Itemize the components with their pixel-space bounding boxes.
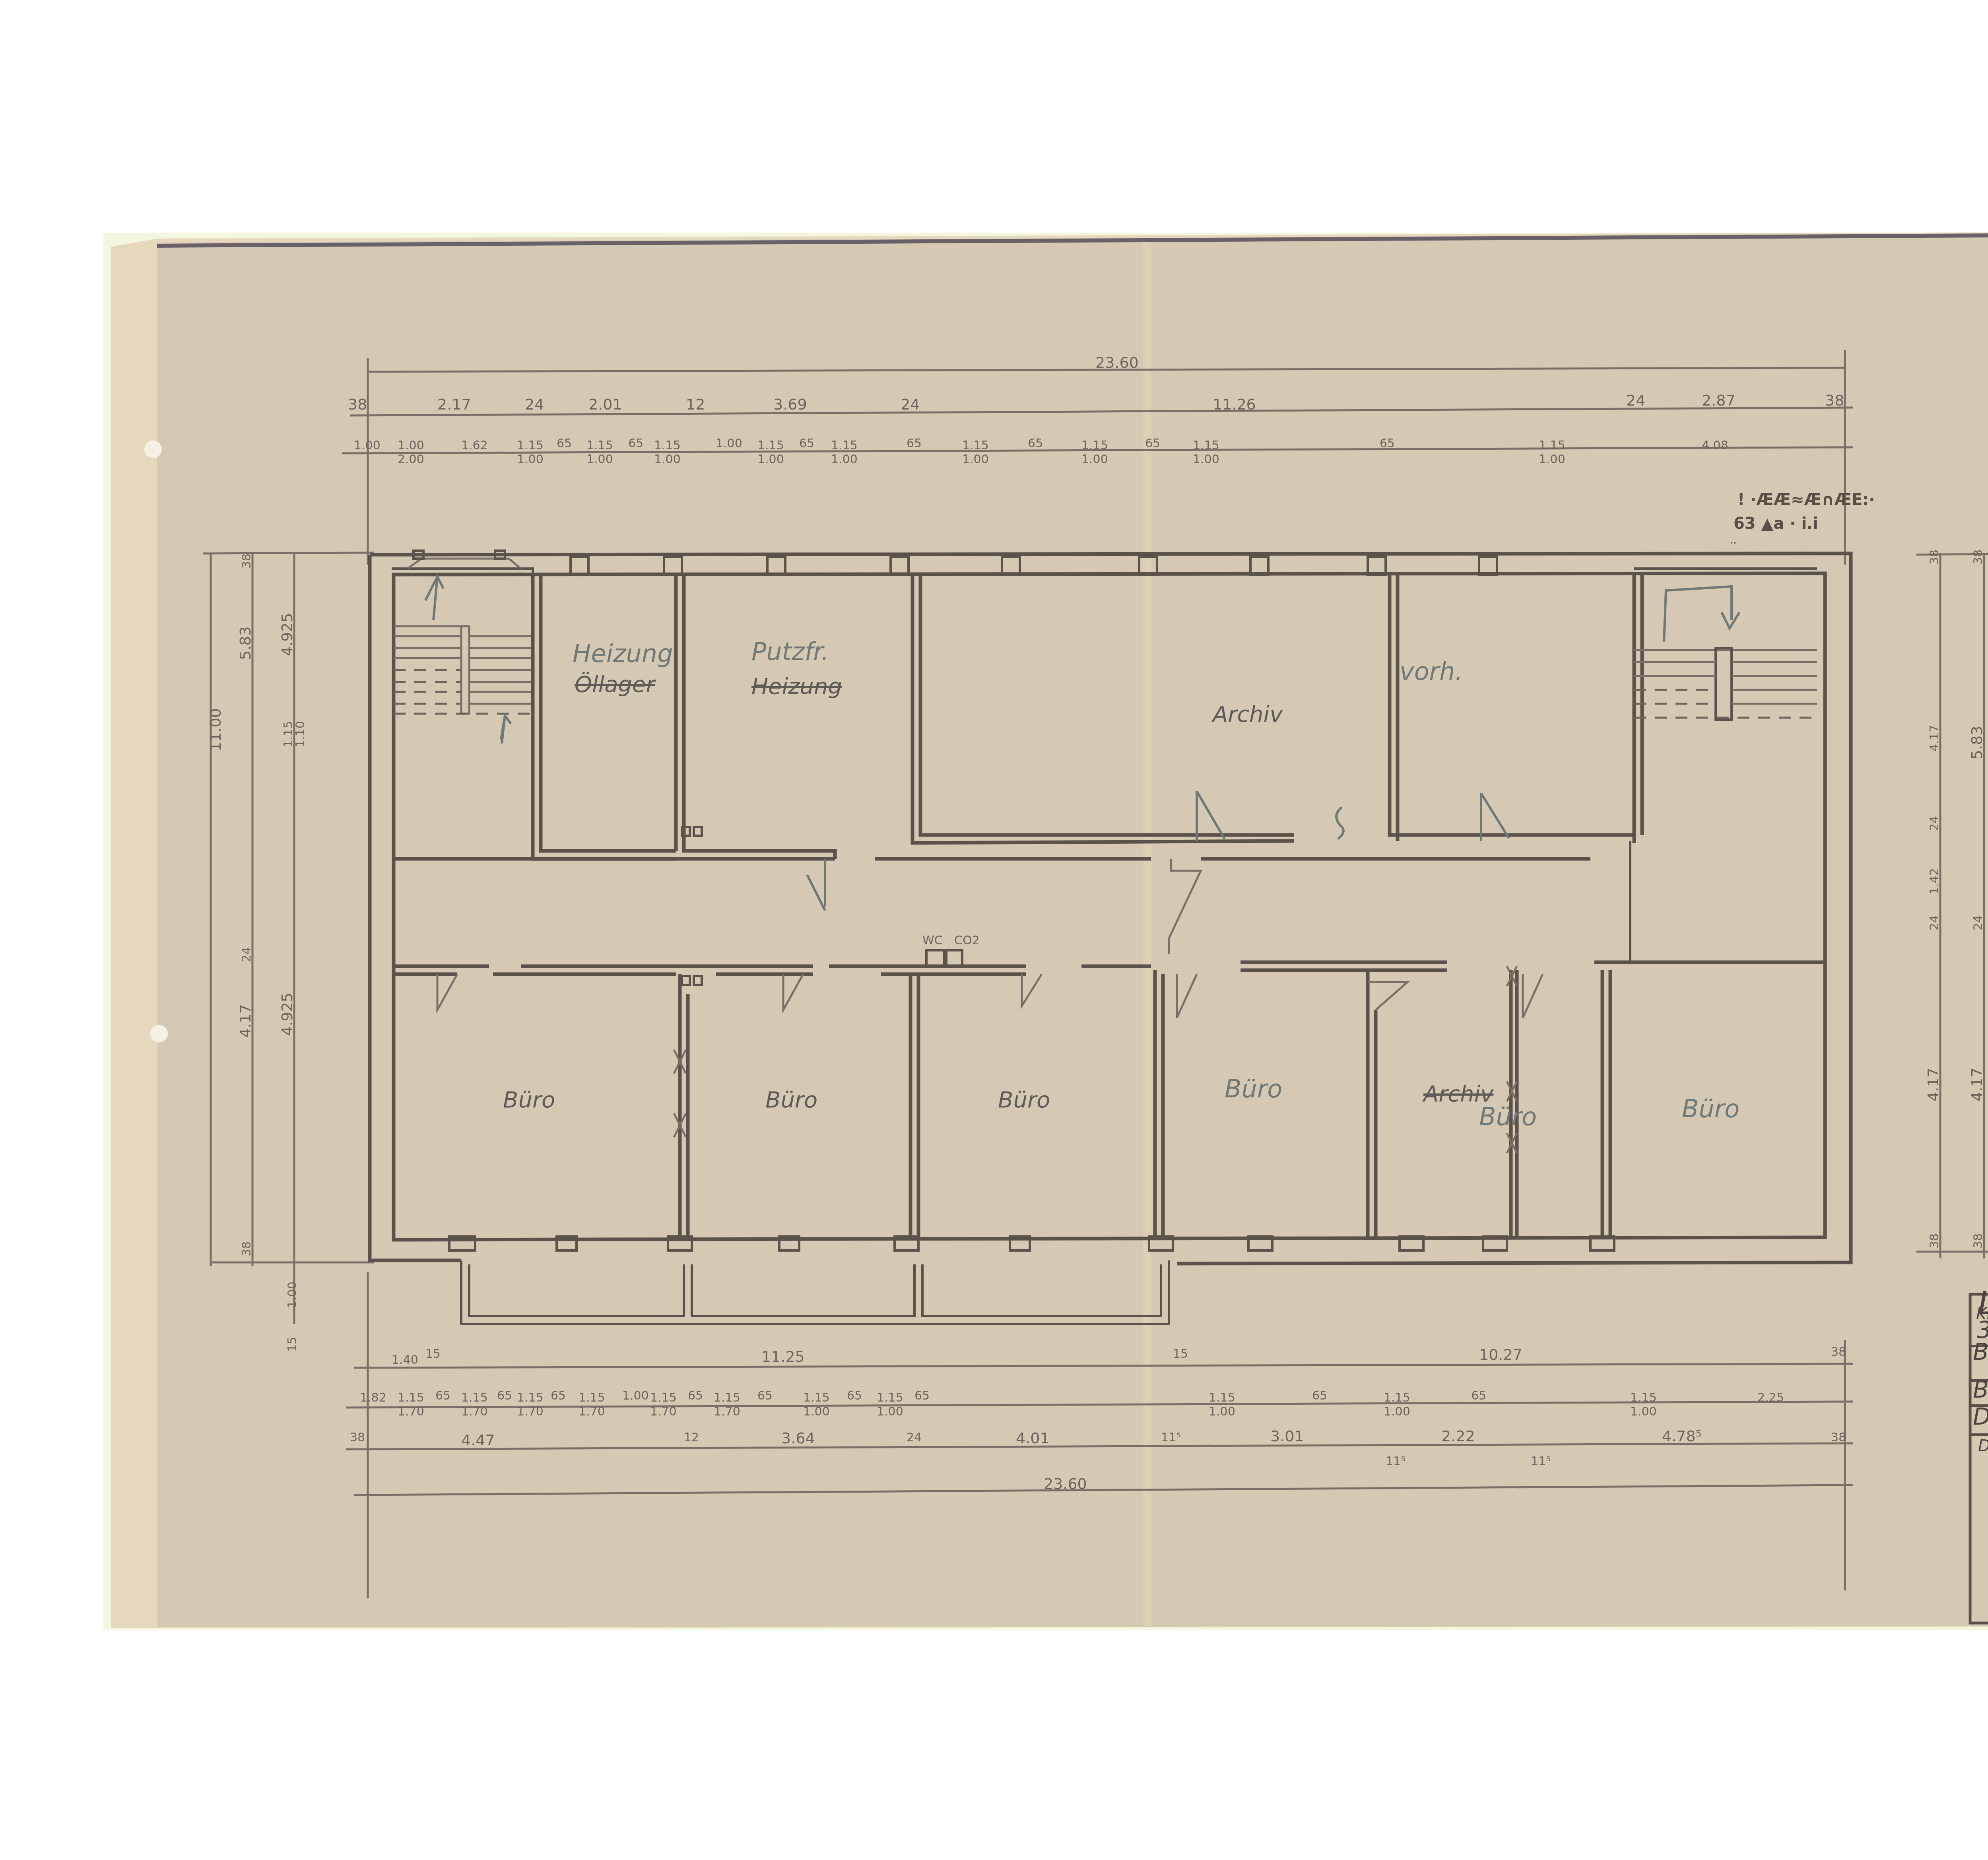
svg-text:1.15: 1.15 xyxy=(803,1391,830,1405)
svg-text:4.17: 4.17 xyxy=(237,1004,254,1038)
svg-text:1.15: 1.15 xyxy=(586,439,613,452)
svg-text:11⁵: 11⁵ xyxy=(1161,1431,1181,1445)
svg-text:··: ·· xyxy=(1730,536,1737,549)
svg-text:11⁵: 11⁵ xyxy=(1386,1454,1406,1468)
svg-text:38: 38 xyxy=(240,553,254,569)
svg-text:15: 15 xyxy=(285,1337,299,1352)
svg-text:1.00: 1.00 xyxy=(285,1281,299,1308)
svg-text:65: 65 xyxy=(1145,437,1160,450)
svg-text:1.40: 1.40 xyxy=(392,1353,418,1367)
svg-text:1.15: 1.15 xyxy=(461,1391,488,1405)
svg-text:4.01: 4.01 xyxy=(1016,1429,1050,1447)
svg-text:1.15: 1.15 xyxy=(1209,1391,1235,1405)
svg-text:38: 38 xyxy=(1831,1345,1846,1359)
svg-text:2.22: 2.22 xyxy=(1441,1427,1475,1445)
svg-text:1.15: 1.15 xyxy=(650,1391,677,1405)
svg-text:1.15: 1.15 xyxy=(962,439,989,452)
room-label-buero-6: Büro xyxy=(1682,1094,1739,1123)
bauherr-label: Bauherr xyxy=(1973,1338,1988,1365)
svg-text:4.925: 4.925 xyxy=(278,613,296,656)
darstellung-label: Darst. xyxy=(1973,1403,1988,1430)
svg-text:24: 24 xyxy=(1626,392,1645,409)
room-label-buero-1: Büro xyxy=(503,1087,555,1113)
svg-text:1.15: 1.15 xyxy=(1630,1391,1657,1405)
svg-text:11.26: 11.26 xyxy=(1213,396,1256,413)
svg-text:1.70: 1.70 xyxy=(461,1405,488,1419)
svg-text:65: 65 xyxy=(688,1389,703,1403)
svg-text:24: 24 xyxy=(1928,816,1941,831)
svg-text:1.00: 1.00 xyxy=(757,452,784,466)
svg-text:38: 38 xyxy=(1825,392,1844,409)
svg-text:1.00: 1.00 xyxy=(831,452,858,466)
svg-text:1.00: 1.00 xyxy=(877,1405,903,1419)
svg-text:65: 65 xyxy=(435,1389,450,1403)
svg-text:1.15: 1.15 xyxy=(757,439,784,452)
svg-text:1.70: 1.70 xyxy=(517,1405,544,1419)
svg-text:4.47: 4.47 xyxy=(461,1431,495,1449)
svg-text:1.42: 1.42 xyxy=(1928,868,1941,895)
svg-text:38: 38 xyxy=(240,1241,254,1256)
svg-text:1.15: 1.15 xyxy=(1081,439,1108,452)
svg-text:4.17: 4.17 xyxy=(1968,1068,1986,1101)
svg-text:4.17: 4.17 xyxy=(1928,725,1941,751)
svg-text:1.00: 1.00 xyxy=(1630,1405,1657,1419)
svg-text:1.15: 1.15 xyxy=(654,439,681,452)
svg-text:65: 65 xyxy=(914,1389,930,1403)
datum-label: Datum: xyxy=(1978,1437,1988,1455)
svg-text:5.83: 5.83 xyxy=(1968,726,1986,759)
svg-text:65: 65 xyxy=(628,437,643,450)
svg-text:38: 38 xyxy=(1928,1233,1941,1248)
svg-text:1.00: 1.00 xyxy=(1193,452,1219,466)
svg-text:63 ▲a · i.i: 63 ▲a · i.i xyxy=(1734,515,1818,533)
svg-text:1.70: 1.70 xyxy=(579,1405,605,1419)
room-label-buero-3: Büro xyxy=(998,1087,1050,1113)
svg-text:4.78⁵: 4.78⁵ xyxy=(1662,1427,1702,1445)
room-label-putzfr: Putzfr. xyxy=(751,637,829,666)
room-label-buero-2: Büro xyxy=(765,1087,817,1113)
svg-text:1.10: 1.10 xyxy=(293,721,307,747)
svg-text:65: 65 xyxy=(907,437,922,450)
svg-text:1.15: 1.15 xyxy=(398,1391,424,1405)
svg-text:12: 12 xyxy=(686,396,705,413)
svg-text:38: 38 xyxy=(1831,1431,1846,1445)
svg-text:11.00: 11.00 xyxy=(207,708,224,751)
svg-text:65: 65 xyxy=(497,1389,512,1403)
svg-text:1.00: 1.00 xyxy=(803,1405,830,1419)
svg-text:1.00: 1.00 xyxy=(398,439,424,452)
svg-text:3.64: 3.64 xyxy=(781,1429,815,1447)
svg-text:1.00: 1.00 xyxy=(586,452,613,466)
svg-text:1.00: 1.00 xyxy=(1539,452,1565,466)
svg-text:1.00: 1.00 xyxy=(622,1389,649,1403)
svg-text:65: 65 xyxy=(757,1389,773,1403)
svg-text:11⁵: 11⁵ xyxy=(1531,1454,1551,1468)
svg-text:38: 38 xyxy=(350,1431,365,1445)
svg-text:1.15: 1.15 xyxy=(877,1391,903,1405)
floor-plan-drawing: 23.60 38 2.17 24 2.01 12 3.69 24 11.26 2… xyxy=(0,0,1988,1860)
svg-text:1.00: 1.00 xyxy=(716,437,742,450)
svg-text:1.15: 1.15 xyxy=(1384,1391,1410,1405)
svg-text:4.08: 4.08 xyxy=(1702,439,1728,452)
svg-text:1.00: 1.00 xyxy=(1209,1405,1235,1419)
svg-text:38: 38 xyxy=(1971,549,1985,565)
svg-text:65: 65 xyxy=(1028,437,1043,450)
svg-text:4.925: 4.925 xyxy=(278,992,296,1036)
svg-text:1.00: 1.00 xyxy=(517,452,544,466)
svg-text:24: 24 xyxy=(907,1431,922,1445)
svg-text:15: 15 xyxy=(425,1347,441,1361)
svg-text:2.01: 2.01 xyxy=(588,396,622,413)
svg-text:1.70: 1.70 xyxy=(714,1405,740,1419)
svg-text:24: 24 xyxy=(525,396,544,413)
room-label-struck-heizung: Heizung xyxy=(751,674,842,699)
svg-text:2.17: 2.17 xyxy=(437,396,471,413)
svg-text:12: 12 xyxy=(684,1431,699,1445)
bauvorhaben-label: Bauvorh. xyxy=(1973,1376,1988,1403)
svg-text:2.25: 2.25 xyxy=(1757,1391,1784,1405)
svg-text:1.00: 1.00 xyxy=(1384,1405,1410,1419)
svg-text:65: 65 xyxy=(847,1389,862,1403)
svg-text:1.70: 1.70 xyxy=(650,1405,677,1419)
svg-text:38: 38 xyxy=(1971,1233,1985,1248)
room-label-struck-oellager: Öllager xyxy=(575,672,656,697)
svg-text:1.15: 1.15 xyxy=(1193,439,1219,452)
floor-plan-sheet: 23.60 38 2.17 24 2.01 12 3.69 24 11.26 2… xyxy=(0,0,1988,1860)
svg-text:65: 65 xyxy=(557,437,572,450)
svg-text:1.70: 1.70 xyxy=(398,1405,424,1419)
svg-text:1.15: 1.15 xyxy=(1539,439,1565,452)
room-label-archiv: Archiv xyxy=(1211,701,1283,727)
room-label-heizung: Heizung xyxy=(573,639,673,668)
svg-text:38: 38 xyxy=(348,396,367,413)
room-label-vorh: vorh. xyxy=(1400,657,1463,686)
svg-text:1.15: 1.15 xyxy=(517,439,544,452)
svg-text:24: 24 xyxy=(240,947,254,962)
svg-text:1.15: 1.15 xyxy=(579,1391,605,1405)
svg-text:5.83: 5.83 xyxy=(237,626,254,660)
svg-text:4.17: 4.17 xyxy=(1924,1068,1942,1101)
svg-text:1.15: 1.15 xyxy=(714,1391,740,1405)
svg-text:1.15: 1.15 xyxy=(517,1391,544,1405)
svg-text:1.00: 1.00 xyxy=(654,452,681,466)
svg-text:65: 65 xyxy=(799,437,814,450)
svg-text:1.00: 1.00 xyxy=(962,452,989,466)
svg-text:1.82: 1.82 xyxy=(360,1391,386,1405)
svg-text:65: 65 xyxy=(1380,437,1395,450)
room-label-buero-5: Büro xyxy=(1479,1102,1537,1131)
svg-text:24: 24 xyxy=(1971,915,1985,930)
svg-text:65: 65 xyxy=(1312,1389,1327,1403)
svg-text:2.00: 2.00 xyxy=(398,452,424,466)
svg-text:1.00: 1.00 xyxy=(354,439,381,452)
co2-label: CO2 xyxy=(954,934,980,947)
svg-text:23.60: 23.60 xyxy=(1044,1475,1087,1493)
svg-text:2.87: 2.87 xyxy=(1702,392,1736,409)
svg-text:10.27: 10.27 xyxy=(1479,1346,1522,1363)
room-label-buero-4: Büro xyxy=(1225,1074,1282,1103)
svg-text:3.01: 3.01 xyxy=(1270,1427,1304,1445)
wc-label: WC xyxy=(922,934,943,947)
svg-text:65: 65 xyxy=(1471,1389,1486,1403)
svg-text:1.62: 1.62 xyxy=(461,439,488,452)
svg-text:24: 24 xyxy=(1928,915,1941,930)
svg-text:65: 65 xyxy=(551,1389,566,1403)
svg-text:38: 38 xyxy=(1928,549,1941,565)
svg-text:1.15: 1.15 xyxy=(831,439,858,452)
svg-text:23.60: 23.60 xyxy=(1095,354,1139,371)
svg-text:1.00: 1.00 xyxy=(1081,452,1108,466)
svg-text:! ·ÆÆ≈Æ∩ÆE:·: ! ·ÆÆ≈Æ∩ÆE:· xyxy=(1738,491,1875,509)
svg-text:24: 24 xyxy=(901,396,920,413)
svg-text:15: 15 xyxy=(1173,1347,1188,1361)
svg-text:11.25: 11.25 xyxy=(761,1348,805,1365)
svg-text:3.69: 3.69 xyxy=(773,396,807,413)
